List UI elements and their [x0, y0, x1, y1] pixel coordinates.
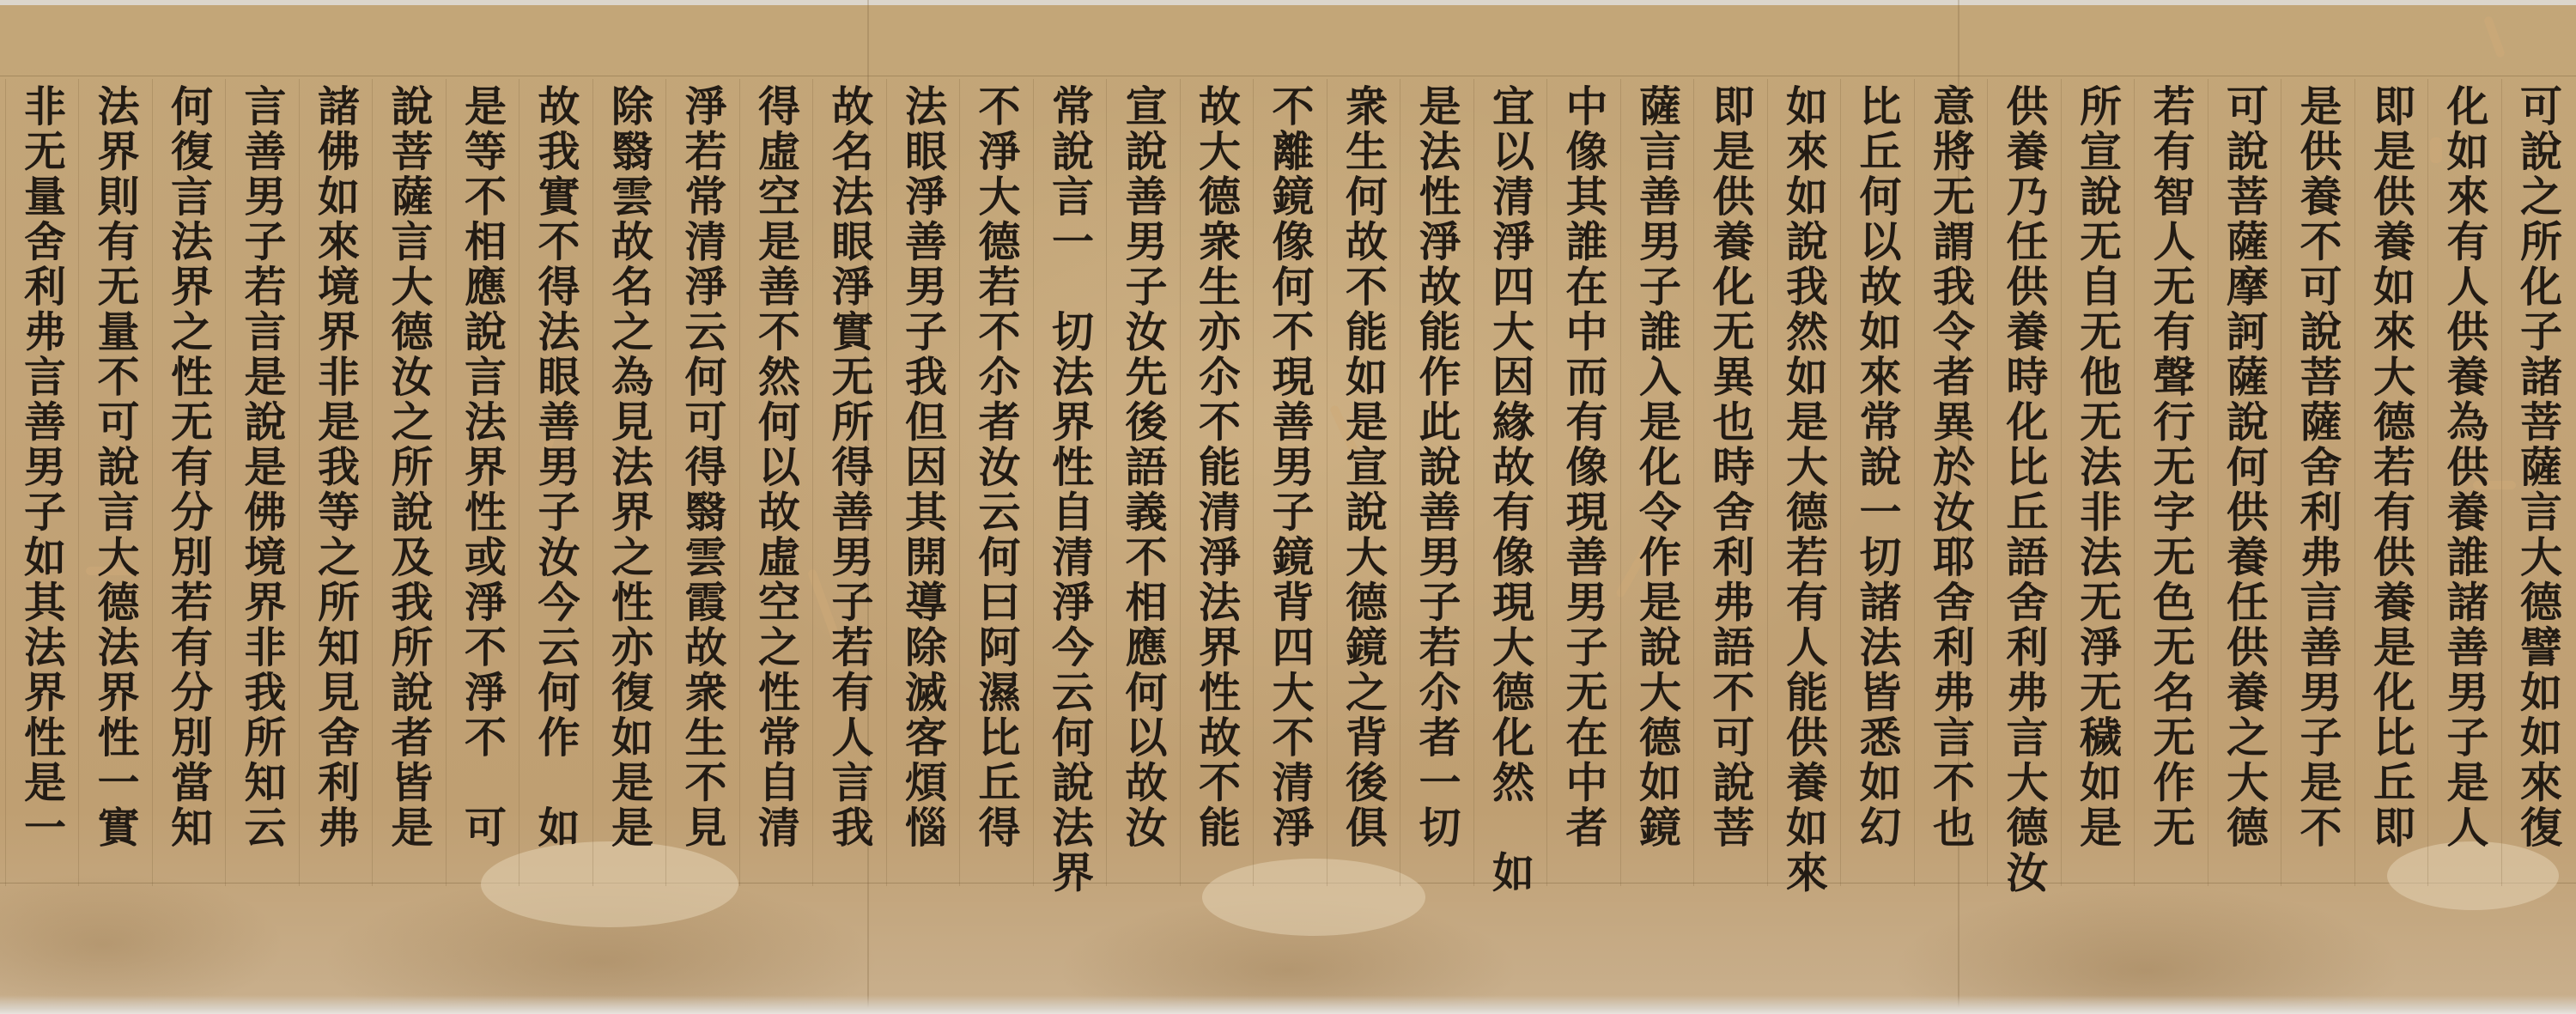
text-column: 不淨大德若不尒者汝云何曰阿濕比丘得 [959, 79, 1033, 886]
text-column: 比丘何以故如來常說一切諸法皆悉如幻 [1840, 79, 1914, 886]
column-text: 可說之所化子諸菩薩言大德譬如如來復 [2502, 84, 2575, 883]
text-column: 除翳雲故名之為見法界之性亦復如是是 [592, 79, 666, 886]
text-column: 可說之所化子諸菩薩言大德譬如如來復 [2501, 79, 2575, 886]
column-text: 言善男子若言是說是佛境界非我所知云 [226, 84, 299, 883]
text-column: 衆生何故不能如是宣說大德鏡之背後俱 [1327, 79, 1400, 886]
column-text: 非无量舍利弗言善男子如其法界性是一 [6, 84, 79, 883]
text-column: 故名法眼淨實无所得善男子若有人言我 [812, 79, 886, 886]
column-text: 意將无謂我令者異於汝耶舍利弗言不也 [1915, 84, 1988, 883]
text-column: 即是供養如來大德若有供養是化比丘即 [2354, 79, 2428, 886]
text-column: 供養乃任供養時化比丘語舍利弗言大德汝 [1987, 79, 2061, 886]
text-column: 常說言一 切法界性自清淨今云何說法界 [1033, 79, 1107, 886]
scroll-top-edge [0, 0, 2576, 5]
text-column: 中像其誰在中而有像現善男子无在中者 [1546, 79, 1620, 886]
column-text: 法眼淨善男子我但因其開導除滅客煩惱 [887, 84, 960, 883]
text-column: 是供養不可說菩薩舍利弗言善男子是不 [2281, 79, 2354, 886]
column-text: 除翳雲故名之為見法界之性亦復如是是 [593, 84, 666, 883]
column-text: 如來如說我然如是大德若有人能供養如來 [1768, 84, 1841, 883]
column-text: 說菩薩言大德汝之所說及我所說者皆是 [373, 84, 446, 883]
column-text: 淨若常清淨云何可得翳雲霞故衆生不見 [666, 84, 739, 883]
column-text: 宣說善男子汝先後語義不相應何以故汝 [1107, 84, 1180, 883]
text-column: 如來如說我然如是大德若有人能供養如來 [1767, 79, 1841, 886]
column-text: 可說菩薩摩訶薩說何供養任供養之大德 [2208, 84, 2281, 883]
column-text: 常說言一 切法界性自清淨今云何說法界 [1034, 84, 1107, 883]
text-column: 言善男子若言是說是佛境界非我所知云 [225, 79, 299, 886]
text-column: 是法性淨故能作此說善男子若尒者一切 [1400, 79, 1473, 886]
column-text: 法界則有无量不可說言大德法界性一實 [79, 84, 152, 883]
sutra-scroll: 可說之所化子諸菩薩言大德譬如如來復 化如來有人供養為供養誰諸善男子是人 即是供養… [0, 0, 2576, 1014]
column-text: 中像其誰在中而有像現善男子无在中者 [1547, 84, 1620, 883]
column-text: 衆生何故不能如是宣說大德鏡之背後俱 [1327, 84, 1400, 883]
column-text: 即是供養化无異也時舍利弗語不可說菩 [1694, 84, 1767, 883]
text-column: 得虛空是善不然何以故虛空之性常自清 [739, 79, 813, 886]
column-text: 薩言善男子誰入是化令作是說大德如鏡 [1621, 84, 1694, 883]
column-text: 故大德衆生亦尒不能清淨法界性故不能 [1181, 84, 1254, 883]
text-column: 淨若常清淨云何可得翳雲霞故衆生不見 [665, 79, 739, 886]
text-column: 所宣說无自无他无法非法无淨无穢如是 [2061, 79, 2135, 886]
column-text: 供養乃任供養時化比丘語舍利弗言大德汝 [1988, 84, 2061, 883]
text-column: 法界則有无量不可說言大德法界性一實 [78, 79, 152, 886]
column-text: 是法性淨故能作此說善男子若尒者一切 [1400, 84, 1473, 883]
text-column: 是等不相應說言法界性或淨不淨不 可 [446, 79, 519, 886]
text-column: 不離鏡像何不現善男子鏡背四大不清淨 [1253, 79, 1327, 886]
text-column: 薩言善男子誰入是化令作是說大德如鏡 [1620, 79, 1694, 886]
text-column: 若有智人无有聲行无字无色无名无作无 [2134, 79, 2208, 886]
text-column: 說菩薩言大德汝之所說及我所說者皆是 [372, 79, 446, 886]
text-column: 非无量舍利弗言善男子如其法界性是一 [5, 79, 79, 886]
text-column: 法眼淨善男子我但因其開導除滅客煩惱 [886, 79, 960, 886]
column-text: 故名法眼淨實无所得善男子若有人言我 [813, 84, 886, 883]
column-text: 得虛空是善不然何以故虛空之性常自清 [740, 84, 813, 883]
column-text: 是等不相應說言法界性或淨不淨不 可 [447, 84, 519, 883]
column-text: 是供養不可說菩薩舍利弗言善男子是不 [2281, 84, 2354, 883]
text-column: 故大德衆生亦尒不能清淨法界性故不能 [1180, 79, 1254, 886]
column-text: 諸佛如來境界非是我等之所知見舍利弗 [300, 84, 373, 883]
text-column: 化如來有人供養為供養誰諸善男子是人 [2427, 79, 2501, 886]
column-text: 即是供養如來大德若有供養是化比丘即 [2355, 84, 2428, 883]
text-column: 宣說善男子汝先後語義不相應何以故汝 [1106, 79, 1180, 886]
column-text: 所宣說无自无他无法非法无淨无穢如是 [2062, 84, 2135, 883]
column-text: 不離鏡像何不現善男子鏡背四大不清淨 [1254, 84, 1327, 883]
text-column: 意將无謂我令者異於汝耶舍利弗言不也 [1914, 79, 1988, 886]
upper-ruling-line [0, 76, 2576, 76]
column-text: 若有智人无有聲行无字无色无名无作无 [2135, 84, 2208, 883]
column-text: 化如來有人供養為供養誰諸善男子是人 [2428, 84, 2501, 883]
column-text: 何復言法界之性无有分別若有分別當知 [153, 84, 226, 883]
scroll-bottom-edge [0, 995, 2576, 1014]
column-text: 宜以清淨四大因緣故有像現大德化然 如 [1474, 84, 1547, 883]
text-column: 諸佛如來境界非是我等之所知見舍利弗 [299, 79, 373, 886]
text-column: 何復言法界之性无有分別若有分別當知 [152, 79, 226, 886]
column-text: 比丘何以故如來常說一切諸法皆悉如幻 [1841, 84, 1914, 883]
text-column: 宜以清淨四大因緣故有像現大德化然 如 [1473, 79, 1547, 886]
text-column: 故我實不得法眼善男子汝今云何作 如 [519, 79, 592, 886]
column-text: 故我實不得法眼善男子汝今云何作 如 [519, 84, 592, 883]
column-text: 不淨大德若不尒者汝云何曰阿濕比丘得 [960, 84, 1033, 883]
text-column: 即是供養化无異也時舍利弗語不可說菩 [1693, 79, 1767, 886]
paper-damage-mark [2483, 15, 2506, 58]
text-columns: 可說之所化子諸菩薩言大德譬如如來復 化如來有人供養為供養誰諸善男子是人 即是供養… [0, 79, 2576, 886]
text-column: 可說菩薩摩訶薩說何供養任供養之大德 [2208, 79, 2281, 886]
